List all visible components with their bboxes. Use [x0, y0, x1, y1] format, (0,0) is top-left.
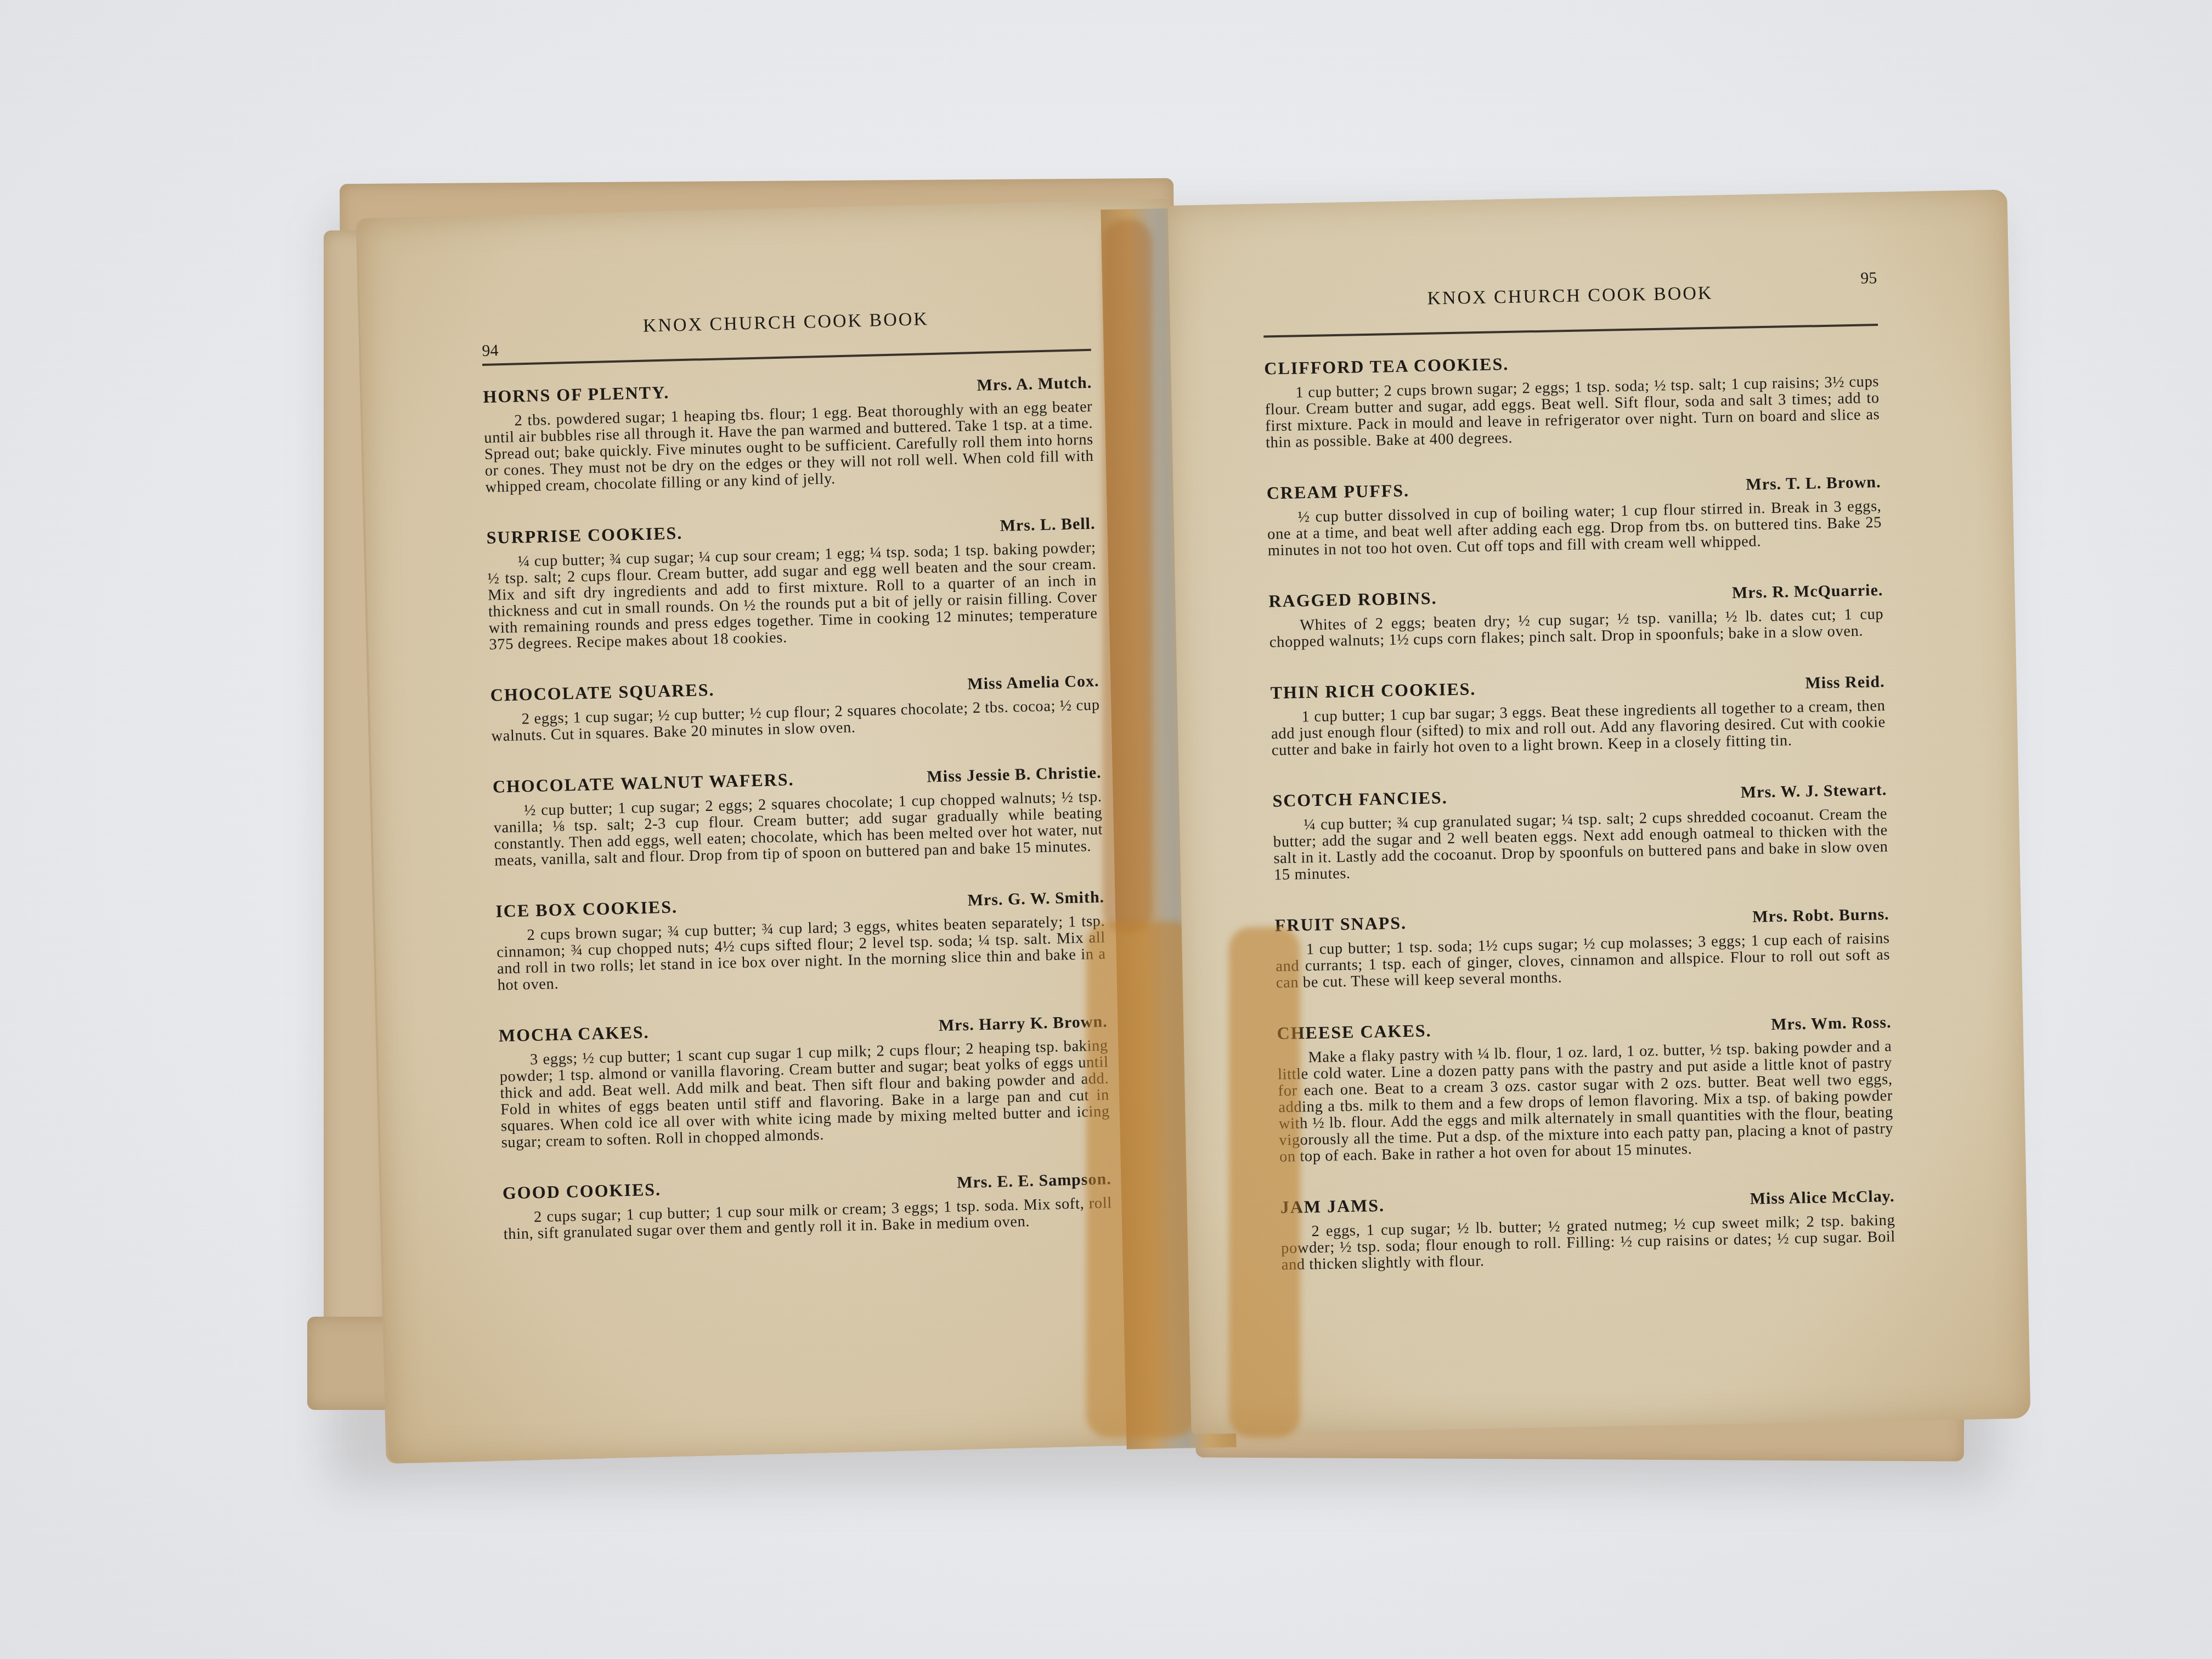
recipe-text: 1 cup butter; 2 cups brown sugar; 2 eggs…: [1265, 374, 1880, 451]
recipe: HORNS OF PLENTY. Mrs. A. Mutch. 2 tbs. p…: [483, 364, 1094, 496]
recipe: CREAM PUFFS. Mrs. T. L. Brown. ½ cup but…: [1266, 464, 1882, 559]
left-running-head: 94 KNOX CHURCH COOK BOOK: [481, 300, 1091, 366]
recipe-text: 2 tbs. powdered sugar; 1 heaping tbs. fl…: [483, 399, 1094, 496]
recipe-title: RAGGED ROBINS.: [1268, 588, 1437, 612]
recipe-header: SCOTCH FANCIES. Mrs. W. J. Stewart.: [1272, 771, 1887, 811]
recipe-header: CREAM PUFFS. Mrs. T. L. Brown.: [1266, 464, 1881, 503]
recipe-author: Mrs. Robt. Burns.: [1752, 905, 1889, 927]
recipe: JAM JAMS. Miss Alice McClay. 2 eggs, 1 c…: [1280, 1178, 1896, 1273]
recipe-title: CREAM PUFFS.: [1266, 481, 1409, 504]
recipe: RAGGED ROBINS. Mrs. R. McQuarrie. Whites…: [1268, 572, 1884, 651]
water-stain-right: [1229, 927, 1300, 1437]
recipe-title: GOOD COOKIES.: [503, 1179, 662, 1203]
left-recipe-list: HORNS OF PLENTY. Mrs. A. Mutch. 2 tbs. p…: [483, 364, 1113, 1243]
recipe-author: Miss Alice McClay.: [1750, 1187, 1894, 1209]
recipe: GOOD COOKIES. Mrs. E. E. Sampson. 2 cups…: [502, 1160, 1113, 1243]
page-number-left: 94: [482, 341, 499, 360]
recipe-title: CHOCOLATE SQUARES.: [490, 680, 715, 706]
recipe-header: RAGGED ROBINS. Mrs. R. McQuarrie.: [1268, 572, 1883, 611]
recipe-text: Whites of 2 eggs; beaten dry; ½ cup suga…: [1269, 606, 1884, 651]
recipe-author: Mrs. R. McQuarrie.: [1732, 581, 1883, 602]
recipe-text: ½ cup butter dissolved in cup of boiling…: [1267, 498, 1882, 559]
running-title-left: KNOX CHURCH COOK BOOK: [481, 305, 1091, 341]
recipe-title: CLIFFORD TEA COOKIES.: [1264, 354, 1509, 379]
recipe-author: Miss Reid.: [1805, 673, 1885, 693]
water-stain-left: [1086, 922, 1196, 1437]
recipe: SCOTCH FANCIES. Mrs. W. J. Stewart. ¼ cu…: [1272, 771, 1888, 883]
page-number-right: 95: [1860, 269, 1877, 288]
recipe: CHOCOLATE SQUARES. Miss Amelia Cox. 2 eg…: [490, 663, 1101, 745]
recipe-header: CLIFFORD TEA COOKIES.: [1264, 339, 1879, 379]
recipe-author: Miss Jessie B. Christie.: [927, 764, 1102, 787]
recipe-author: Mrs. Harry K. Brown.: [939, 1012, 1108, 1035]
recipe: CHOCOLATE WALNUT WAFERS. Miss Jessie B. …: [492, 754, 1103, 870]
recipe-author: Mrs. T. L. Brown.: [1746, 473, 1881, 494]
recipe-header: CHEESE CAKES. Mrs. Wm. Ross.: [1277, 1004, 1892, 1043]
recipe-header: JAM JAMS. Miss Alice McClay.: [1280, 1178, 1895, 1217]
recipe-title: MOCHA CAKES.: [499, 1022, 650, 1046]
recipe-author: Mrs. L. Bell.: [1000, 515, 1096, 535]
right-running-head: KNOX CHURCH COOK BOOK 95: [1262, 274, 1878, 337]
recipe: SURPRISE COOKIES. Mrs. L. Bell. ¼ cup bu…: [486, 505, 1098, 653]
left-page: 94 KNOX CHURCH COOK BOOK HORNS OF PLENTY…: [358, 199, 1200, 1463]
recipe: CLIFFORD TEA COOKIES. 1 cup butter; 2 cu…: [1264, 339, 1880, 451]
right-page-text-column: KNOX CHURCH COOK BOOK 95 CLIFFORD TEA CO…: [1262, 274, 1895, 1273]
recipe-author: Mrs. Wm. Ross.: [1771, 1013, 1892, 1034]
recipe-header: THIN RICH COOKIES. Miss Reid.: [1270, 663, 1885, 703]
recipe-author: Mrs. A. Mutch.: [977, 374, 1092, 395]
recipe-text: Make a flaky pastry with ¼ lb. flour, 1 …: [1277, 1039, 1894, 1165]
recipe-title: FRUIT SNAPS.: [1275, 913, 1407, 936]
recipe-title: THIN RICH COOKIES.: [1270, 679, 1476, 703]
recipe-text: ½ cup butter; 1 cup sugar; 2 eggs; 2 squ…: [493, 789, 1104, 870]
running-title-right: KNOX CHURCH COOK BOOK: [1263, 280, 1878, 312]
left-page-text-column: 94 KNOX CHURCH COOK BOOK HORNS OF PLENTY…: [481, 300, 1113, 1243]
recipe-title: SURPRISE COOKIES.: [486, 523, 682, 548]
right-recipe-list: CLIFFORD TEA COOKIES. 1 cup butter; 2 cu…: [1264, 339, 1896, 1273]
recipe-text: 2 cups brown sugar; ¾ cup butter; ¾ cup …: [496, 913, 1107, 994]
recipe-title: ICE BOX COOKIES.: [495, 897, 678, 922]
recipe: ICE BOX COOKIES. Mrs. G. W. Smith. 2 cup…: [495, 879, 1107, 994]
recipe-text: 2 cups sugar; 1 cup butter; 1 cup sour m…: [503, 1195, 1113, 1243]
recipe: CHEESE CAKES. Mrs. Wm. Ross. Make a flak…: [1277, 1004, 1894, 1165]
recipe-author: Mrs. W. J. Stewart.: [1741, 781, 1887, 802]
recipe: FRUIT SNAPS. Mrs. Robt. Burns. 1 cup but…: [1274, 896, 1891, 991]
recipe-text: 3 eggs; ½ cup butter; 1 scant cup sugar …: [499, 1037, 1110, 1151]
recipe: MOCHA CAKES. Mrs. Harry K. Brown. 3 eggs…: [498, 1003, 1110, 1151]
recipe-text: 2 eggs, 1 cup sugar; ½ lb. butter; ½ gra…: [1280, 1212, 1896, 1273]
recipe-title: SCOTCH FANCIES.: [1272, 787, 1448, 811]
recipe-author: Miss Amelia Cox.: [967, 672, 1099, 694]
recipe: THIN RICH COOKIES. Miss Reid. 1 cup butt…: [1270, 663, 1886, 759]
recipe-text: 1 cup butter; 1 cup bar sugar; 3 eggs. B…: [1271, 698, 1886, 759]
recipe-text: 2 eggs; 1 cup sugar; ½ cup butter; ½ cup…: [491, 697, 1101, 745]
spine-discoloration: [1103, 219, 1152, 933]
recipe-text: ¼ cup butter; ¾ cup sugar; ¼ cup sour cr…: [487, 540, 1098, 653]
recipe-title: CHOCOLATE WALNUT WAFERS.: [492, 769, 794, 797]
recipe-author: Mrs. G. W. Smith.: [967, 888, 1104, 910]
recipe-header: FRUIT SNAPS. Mrs. Robt. Burns.: [1274, 896, 1889, 935]
recipe-text: 1 cup butter; 1 tsp. soda; 1½ cups sugar…: [1275, 930, 1891, 991]
recipe-title: HORNS OF PLENTY.: [483, 382, 670, 407]
recipe-text: ¼ cup butter; ¾ cup granulated sugar; ¼ …: [1273, 806, 1888, 883]
